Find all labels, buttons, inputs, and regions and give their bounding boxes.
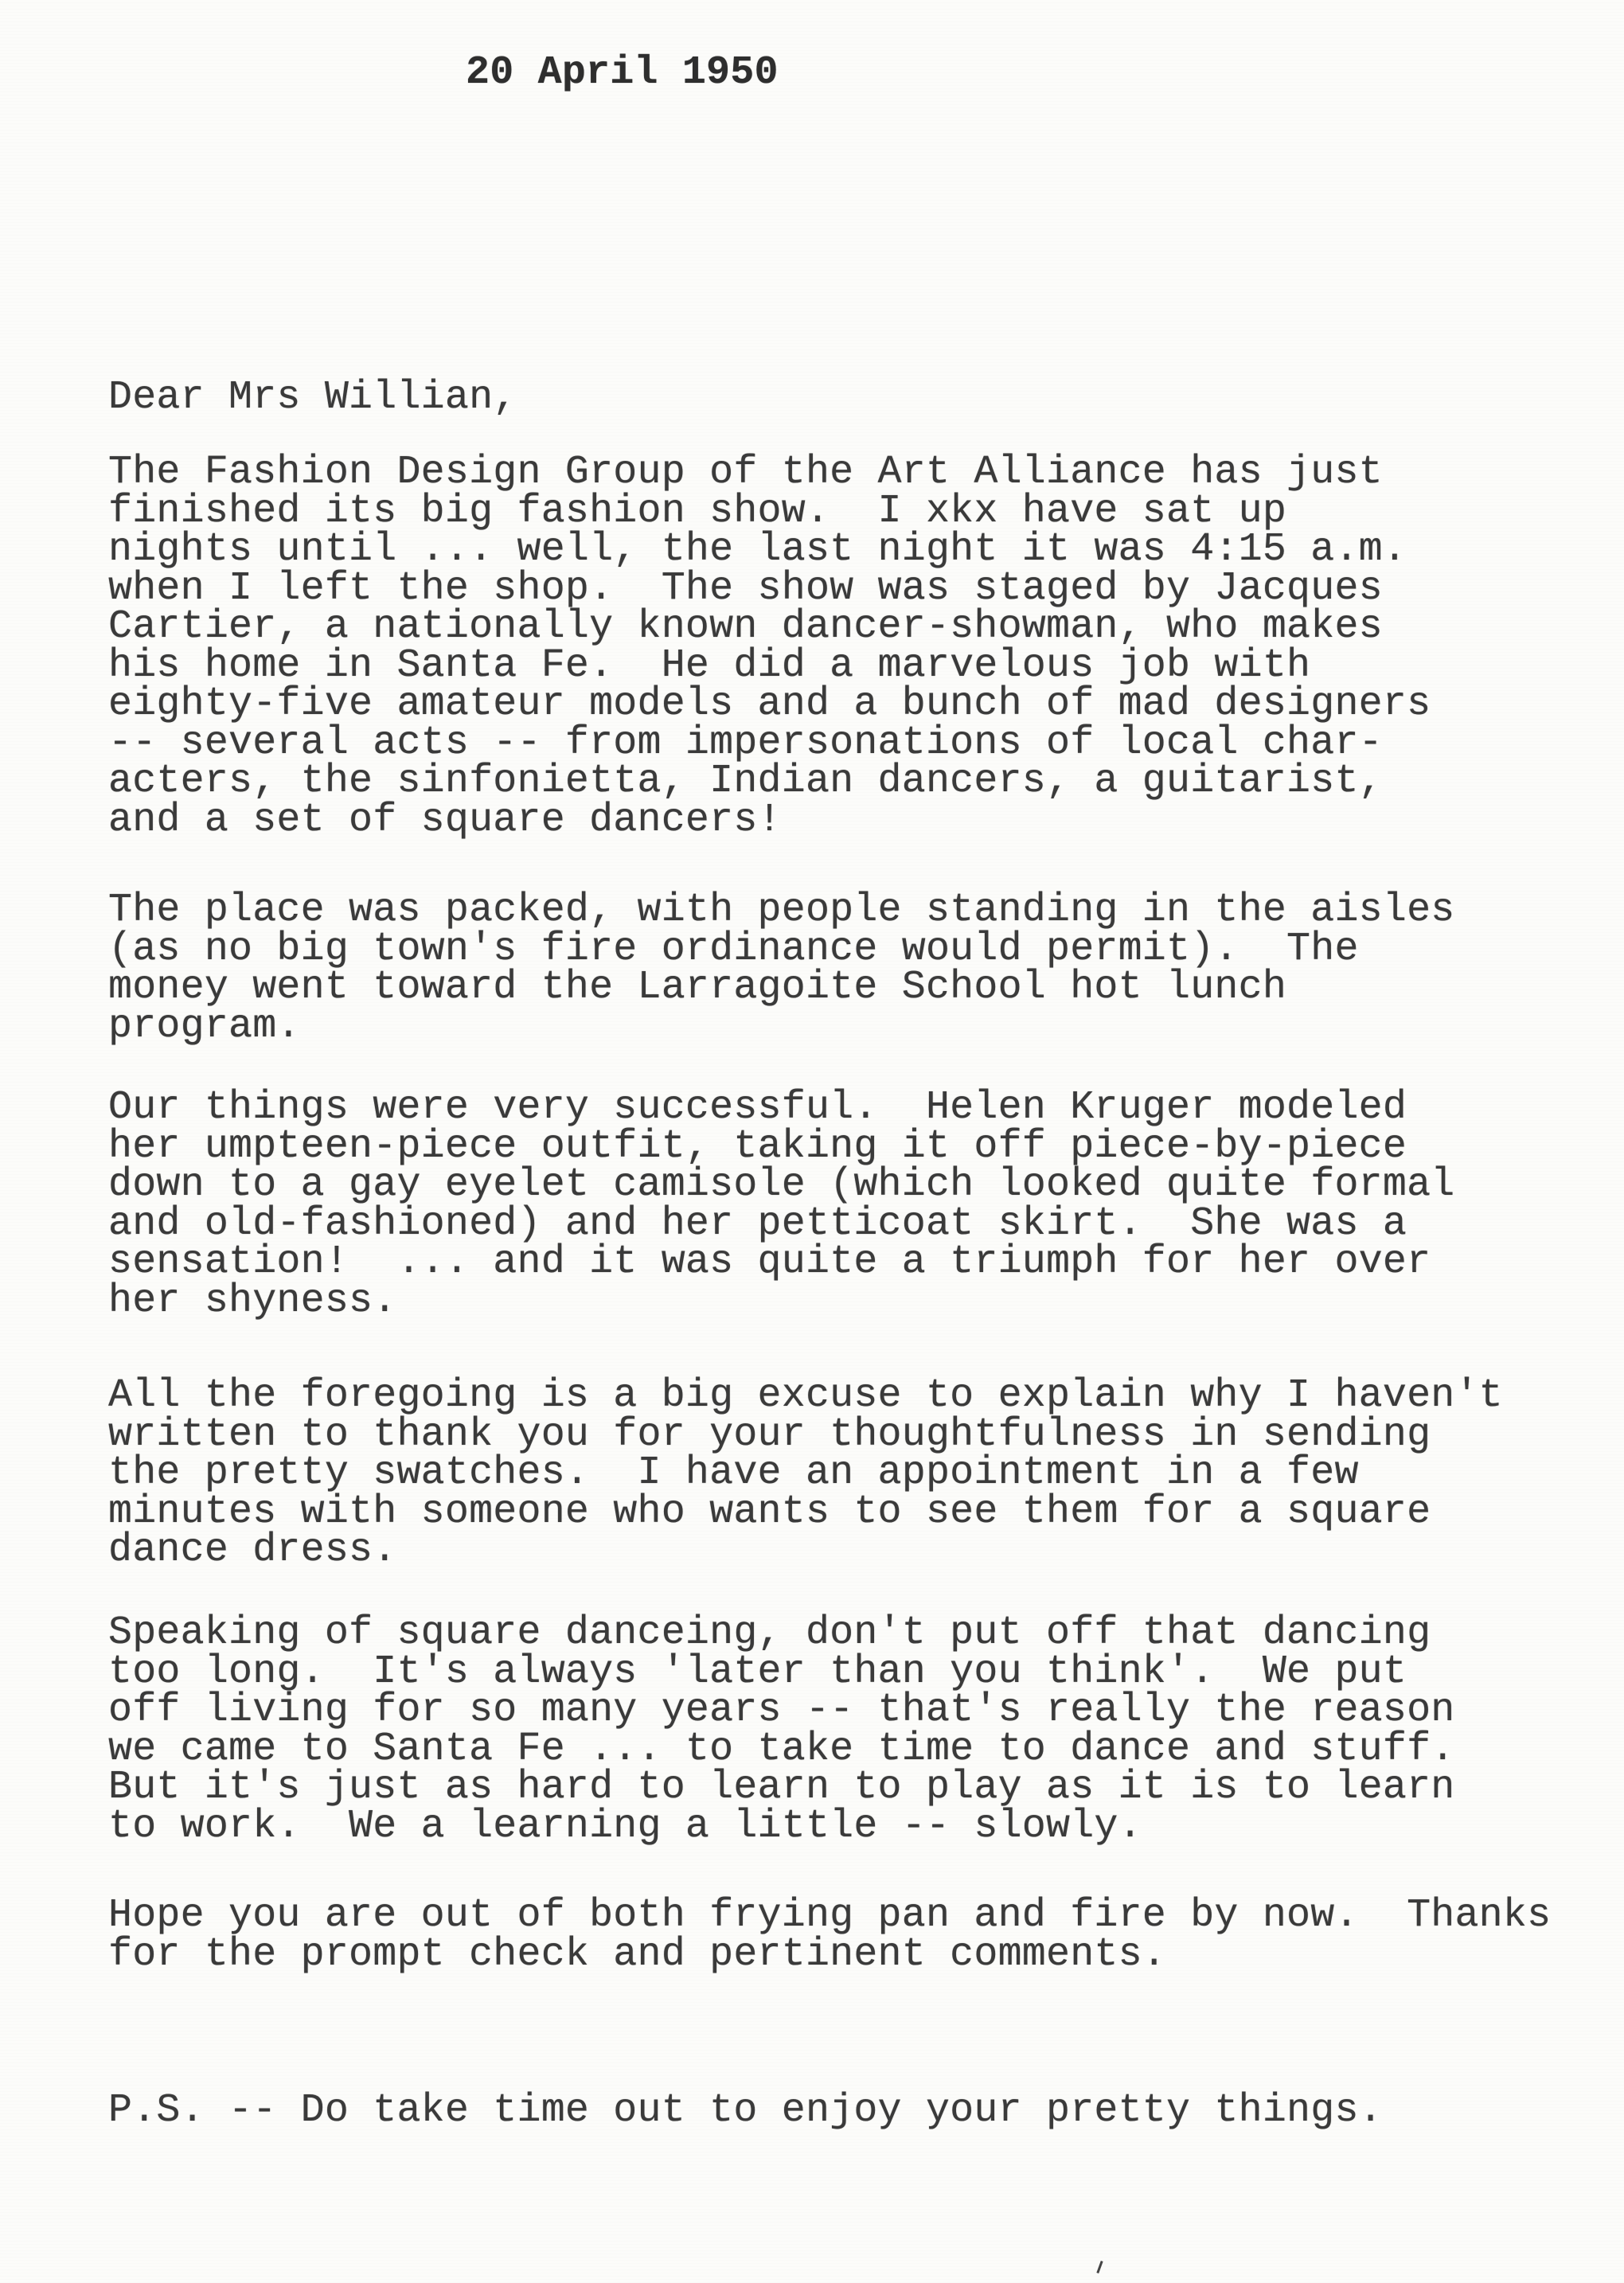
text-line: for the prompt check and pertinent comme… [108, 1936, 1551, 1975]
text-line: The place was packed, with people standi… [108, 892, 1454, 931]
text-line: the pretty swatches. I have an appointme… [108, 1454, 1503, 1493]
text-line: sensation! ... and it was quite a triump… [108, 1243, 1454, 1282]
text-line: his home in Santa Fe. He did a marvelous… [108, 647, 1431, 686]
text-line: her umpteen-piece outfit, taking it off … [108, 1128, 1454, 1167]
text-line: Our things were very successful. Helen K… [108, 1089, 1454, 1128]
text-line: The Fashion Design Group of the Art Alli… [108, 454, 1431, 493]
letter-page: 20 April 1950 Dear Mrs Willian, The Fash… [0, 0, 1624, 2283]
text-line: and old-fashioned) and her petticoat ski… [108, 1205, 1454, 1244]
text-line: All the foregoing is a big excuse to exp… [108, 1377, 1503, 1416]
text-line: to work. We a learning a little -- slowl… [108, 1808, 1454, 1847]
paragraph-closing-thanks: Hope you are out of both frying pan and … [108, 1897, 1551, 1974]
text-line: (as no big town's fire ordinance would p… [108, 931, 1454, 970]
text-line: finished its big fashion show. I xkx hav… [108, 493, 1431, 532]
text-line: -- several acts -- from impersonations o… [108, 724, 1431, 763]
text-line: Speaking of square danceing, don't put o… [108, 1614, 1454, 1653]
salutation: Dear Mrs Willian, [108, 379, 517, 418]
text-line: nights until ... well, the last night it… [108, 531, 1431, 570]
postscript: P.S. -- Do take time out to enjoy your p… [108, 2092, 1383, 2131]
text-line: But it's just as hard to learn to play a… [108, 1769, 1454, 1808]
paragraph-square-dancing: Speaking of square danceing, don't put o… [108, 1614, 1454, 1846]
text-line: minutes with someone who wants to see th… [108, 1493, 1503, 1532]
paragraph-successful-things: Our things were very successful. Helen K… [108, 1089, 1454, 1321]
text-line: Cartier, a nationally known dancer-showm… [108, 608, 1431, 647]
text-line: and a set of square dancers! [108, 802, 1431, 841]
text-line: her shyness. [108, 1282, 1454, 1321]
paragraph-thank-you-swatches: All the foregoing is a big excuse to exp… [108, 1377, 1503, 1571]
letter-date: 20 April 1950 [466, 54, 779, 93]
text-line: down to a gay eyelet camisole (which loo… [108, 1166, 1454, 1205]
text-line: eighty-five amateur models and a bunch o… [108, 685, 1431, 724]
text-line: written to thank you for your thoughtful… [108, 1416, 1503, 1455]
text-line: money went toward the Larragoite School … [108, 969, 1454, 1008]
text-line: Hope you are out of both frying pan and … [108, 1897, 1551, 1936]
text-line: we came to Santa Fe ... to take time to … [108, 1731, 1454, 1770]
text-line: program. [108, 1008, 1454, 1047]
paragraph-packed-place: The place was packed, with people standi… [108, 892, 1454, 1046]
paragraph-fashion-show: The Fashion Design Group of the Art Alli… [108, 454, 1431, 840]
text-line: dance dress. [108, 1532, 1503, 1571]
pen-mark [1096, 2261, 1103, 2273]
text-line: off living for so many years -- that's r… [108, 1692, 1454, 1731]
text-line: too long. It's always 'later than you th… [108, 1653, 1454, 1692]
text-line: when I left the shop. The show was stage… [108, 570, 1431, 609]
text-line: acters, the sinfonietta, Indian dancers,… [108, 763, 1431, 802]
